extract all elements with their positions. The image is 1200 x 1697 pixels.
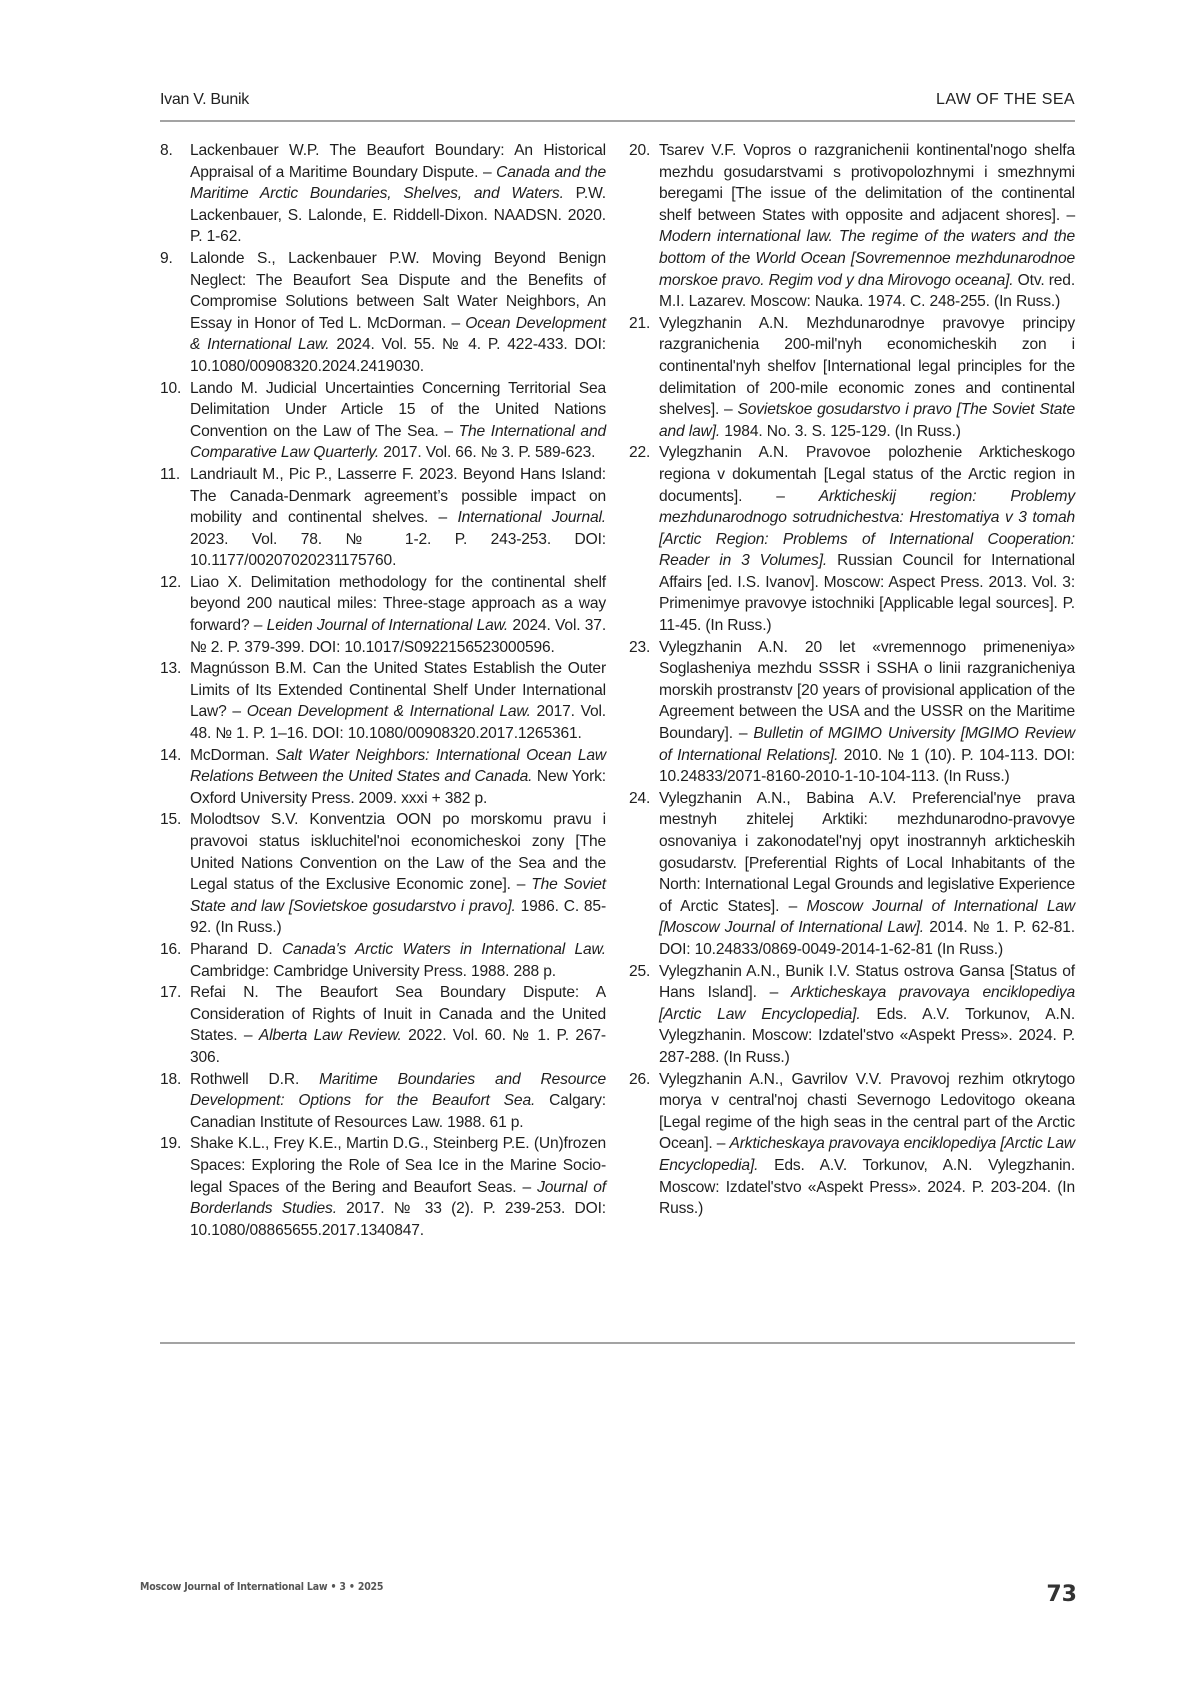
reference-item: 15.Molodtsov S.V. Konventzia OON po mors… [160, 809, 606, 939]
reference-item: 21.Vylegzhanin A.N. Mezhdunarodnye pravo… [629, 313, 1075, 443]
reference-source-title: Ocean Development & International Law. [247, 703, 531, 720]
footer-journal-name: Moscow Journal of International Law • 3 … [140, 1581, 383, 1593]
reference-item: 25.Vylegzhanin A.N., Bunik I.V. Status o… [629, 961, 1075, 1069]
running-head: Ivan V. Bunik LAW OF THE SEA [160, 88, 1075, 112]
reference-number: 18. [160, 1069, 181, 1091]
reference-number: 26. [629, 1069, 650, 1091]
reference-item: 19.Shake K.L., Frey K.E., Martin D.G., S… [160, 1133, 606, 1241]
reference-number: 17. [160, 982, 181, 1004]
reference-item: 26.Vylegzhanin A.N., Gavrilov V.V. Pravo… [629, 1069, 1075, 1220]
reference-number: 9. [160, 248, 173, 270]
reference-item: 9.Lalonde S., Lackenbauer P.W. Moving Be… [160, 248, 606, 378]
reference-item: 24.Vylegzhanin A.N., Babina A.V. Prefere… [629, 788, 1075, 961]
reference-number: 21. [629, 313, 650, 335]
reference-text: 1984. No. 3. S. 125-129. (In Russ.) [720, 423, 961, 440]
reference-item: 17.Refai N. The Beaufort Sea Boundary Di… [160, 982, 606, 1068]
reference-text: Tsarev V.F. Vopros o razgranichenii kont… [659, 142, 1075, 224]
reference-item: 23.Vylegzhanin A.N. 20 let «vremennogo p… [629, 637, 1075, 788]
reference-number: 8. [160, 140, 173, 162]
reference-number: 15. [160, 809, 181, 831]
reference-number: 25. [629, 961, 650, 983]
reference-item: 13.Magnússon B.M. Can the United States … [160, 658, 606, 744]
reference-item: 14.McDorman. Salt Water Neighbors: Inter… [160, 745, 606, 810]
running-head-section: LAW OF THE SEA [936, 91, 1075, 109]
footer-divider [160, 1342, 1075, 1344]
header-divider [160, 120, 1075, 122]
reference-number: 13. [160, 658, 181, 680]
reference-number: 19. [160, 1133, 181, 1155]
reference-item: 8.Lackenbauer W.P. The Beaufort Boundary… [160, 140, 606, 248]
references-column-left: 8.Lackenbauer W.P. The Beaufort Boundary… [160, 140, 606, 1241]
reference-item: 22.Vylegzhanin A.N. Pravovoe polozhenie … [629, 442, 1075, 636]
reference-number: 14. [160, 745, 181, 767]
reference-item: 20.Tsarev V.F. Vopros o razgranichenii k… [629, 140, 1075, 313]
reference-item: 10.Lando M. Judicial Uncertainties Conce… [160, 378, 606, 464]
reference-text: 2017. Vol. 66. № 3. P. 589-623. [379, 444, 595, 461]
reference-number: 16. [160, 939, 181, 961]
reference-text: Vylegzhanin A.N., Babina A.V. Preferenci… [659, 790, 1075, 915]
reference-text: Rothwell D.R. [190, 1071, 319, 1088]
reference-number: 11. [160, 464, 180, 486]
reference-source-title: International Journal. [457, 509, 606, 526]
references-column-right: 20.Tsarev V.F. Vopros o razgranichenii k… [629, 140, 1075, 1220]
reference-number: 22. [629, 442, 650, 464]
reference-number: 20. [629, 140, 650, 162]
reference-source-title: Leiden Journal of International Law. [267, 617, 508, 634]
reference-source-title: Alberta Law Review. [259, 1027, 402, 1044]
reference-item: 11.Landriault M., Pic P., Lasserre F. 20… [160, 464, 606, 572]
reference-number: 23. [629, 637, 650, 659]
reference-item: 18.Rothwell D.R. Maritime Boundaries and… [160, 1069, 606, 1134]
reference-number: 10. [160, 378, 181, 400]
reference-item: 16.Pharand D. Canada's Arctic Waters in … [160, 939, 606, 982]
running-head-author: Ivan V. Bunik [160, 91, 249, 109]
reference-text: Pharand D. [190, 941, 282, 958]
reference-text: 2023. Vol. 78. № 1-2. P. 243-253. DOI: 1… [190, 531, 606, 570]
reference-text: Cambridge: Cambridge University Press. 1… [190, 963, 556, 980]
reference-number: 24. [629, 788, 650, 810]
reference-number: 12. [160, 572, 181, 594]
reference-item: 12.Liao X. Delimitation methodology for … [160, 572, 606, 658]
page-number: 73 [1046, 1582, 1077, 1607]
reference-text: McDorman. [190, 747, 276, 764]
reference-source-title: Canada's Arctic Waters in International … [282, 941, 606, 958]
